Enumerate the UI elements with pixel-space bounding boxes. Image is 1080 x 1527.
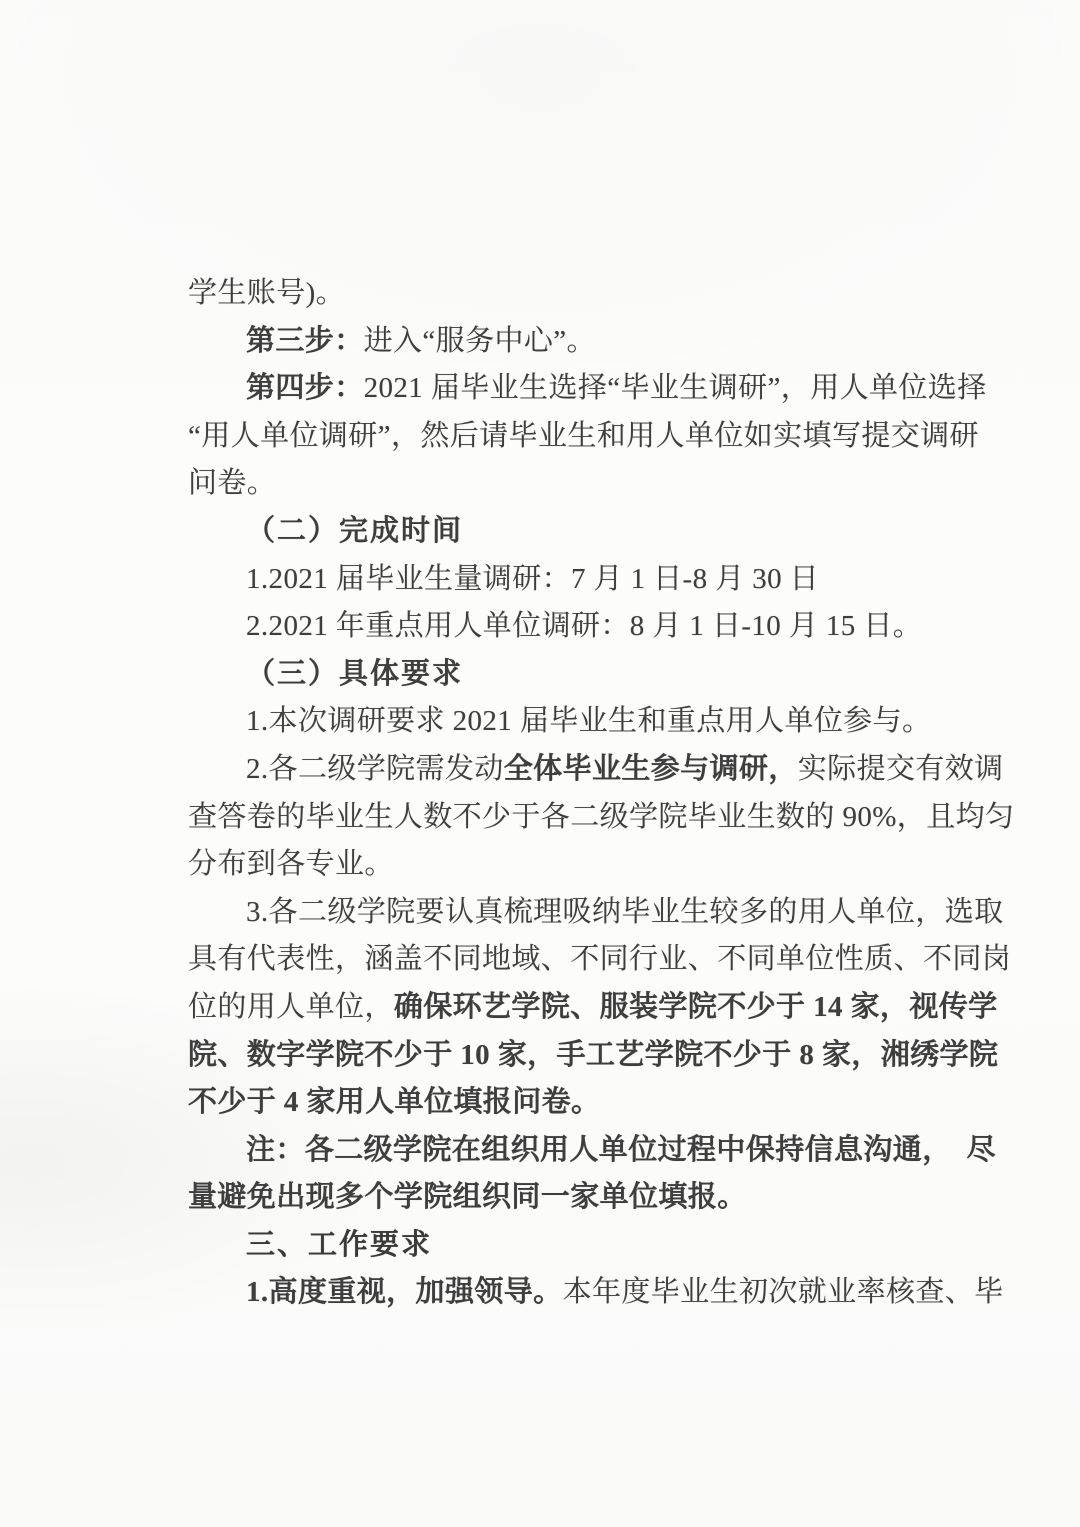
doc-line: 学生账号)。	[188, 270, 902, 318]
doc-line: 第三步：进入“服务中心”。	[188, 318, 902, 366]
doc-line: 第四步：2021 届毕业生选择“毕业生调研”，用人单位选择	[188, 365, 902, 413]
doc-line: 1.本次调研要求 2021 届毕业生和重点用人单位参与。	[188, 698, 902, 746]
doc-text: 2.2021 年重点用人单位调研：8 月 1 日-10 月 15 日。	[246, 610, 922, 642]
doc-text: 2021 届毕业生选择“毕业生调研”，用人单位选择	[364, 372, 987, 404]
doc-text: 分布到各专业。	[188, 848, 394, 880]
doc-text: 3.各二级学院要认真梳理吸纳毕业生较多的用人单位，选取	[246, 896, 1004, 928]
doc-line: 量避免出现多个学院组织同一家单位填报。	[188, 1174, 902, 1222]
emphasis-text: 不少于 4 家用人单位填报问卷。	[188, 1086, 600, 1118]
doc-line: 具有代表性，涵盖不同地域、不同行业、不同单位性质、不同岗	[188, 936, 902, 984]
doc-text: 1.本次调研要求 2021 届毕业生和重点用人单位参与。	[246, 705, 931, 737]
section-heading-specific-requirements: （三）具体要求	[246, 658, 463, 690]
doc-line: （三）具体要求	[188, 651, 902, 699]
doc-text: 实际提交有效调	[798, 753, 1004, 785]
doc-line: 位的用人单位，确保环艺学院、服装学院不少于 14 家，视传学	[188, 984, 902, 1032]
emphasis-text: 确保环艺学院、服装学院不少于 14 家，视传学	[394, 991, 998, 1023]
doc-line: 分布到各专业。	[188, 841, 902, 889]
doc-text: 具有代表性，涵盖不同地域、不同行业、不同单位性质、不同岗	[188, 943, 1011, 975]
note-text: 量避免出现多个学院组织同一家单位填报。	[188, 1181, 747, 1213]
doc-text: 1.2021 届毕业生量调研：7 月 1 日-8 月 30 日	[246, 563, 819, 595]
doc-line: （二）完成时间	[188, 508, 902, 556]
doc-line: 1.高度重视，加强领导。本年度毕业生初次就业率核查、毕	[188, 1269, 902, 1317]
doc-line: 注：各二级学院在组织用人单位过程中保持信息沟通， 尽	[188, 1127, 902, 1175]
doc-line: 不少于 4 家用人单位填报问卷。	[188, 1079, 902, 1127]
document-text-block: 学生账号)。 第三步：进入“服务中心”。 第四步：2021 届毕业生选择“毕业生…	[188, 270, 902, 1317]
emphasis-text: 全体毕业生参与调研，	[504, 753, 798, 785]
step3-label: 第三步：	[246, 325, 364, 357]
section-heading-completion-time: （二）完成时间	[246, 515, 463, 547]
doc-line: 1.2021 届毕业生量调研：7 月 1 日-8 月 30 日	[188, 556, 902, 604]
doc-text: 2.各二级学院需发动	[246, 753, 504, 785]
doc-line: 2.2021 年重点用人单位调研：8 月 1 日-10 月 15 日。	[188, 603, 902, 651]
doc-text: 位的用人单位，	[188, 991, 394, 1023]
doc-line: 3.各二级学院要认真梳理吸纳毕业生较多的用人单位，选取	[188, 889, 902, 937]
doc-line: 院、数字学院不少于 10 家，手工艺学院不少于 8 家，湘绣学院	[188, 1032, 902, 1080]
doc-text: 本年度毕业生初次就业率核查、毕	[563, 1276, 1004, 1308]
doc-line: 查答卷的毕业生人数不少于各二级学院毕业生数的 90%，且均匀	[188, 794, 902, 842]
doc-text: 问卷。	[188, 467, 276, 499]
doc-line: 2.各二级学院需发动全体毕业生参与调研，实际提交有效调	[188, 746, 902, 794]
doc-text: 进入“服务中心”。	[364, 325, 596, 357]
doc-text: 查答卷的毕业生人数不少于各二级学院毕业生数的 90%，且均匀	[188, 801, 1014, 833]
doc-line: 三、工作要求	[188, 1222, 902, 1270]
emphasis-text: 1.高度重视，加强领导。	[246, 1276, 563, 1308]
section-heading-work-requirements: 三、工作要求	[246, 1229, 432, 1261]
document-page: 学生账号)。 第三步：进入“服务中心”。 第四步：2021 届毕业生选择“毕业生…	[0, 0, 1080, 1527]
doc-line: “用人单位调研”，然后请毕业生和用人单位如实填写提交调研	[188, 413, 902, 461]
emphasis-text: 院、数字学院不少于 10 家，手工艺学院不少于 8 家，湘绣学院	[188, 1039, 998, 1071]
doc-text: 学生账号)。	[188, 277, 345, 309]
note-text: 注：各二级学院在组织用人单位过程中保持信息沟通， 尽	[246, 1134, 996, 1166]
step4-label: 第四步：	[246, 372, 364, 404]
doc-line: 问卷。	[188, 460, 902, 508]
doc-text: “用人单位调研”，然后请毕业生和用人单位如实填写提交调研	[188, 420, 979, 452]
